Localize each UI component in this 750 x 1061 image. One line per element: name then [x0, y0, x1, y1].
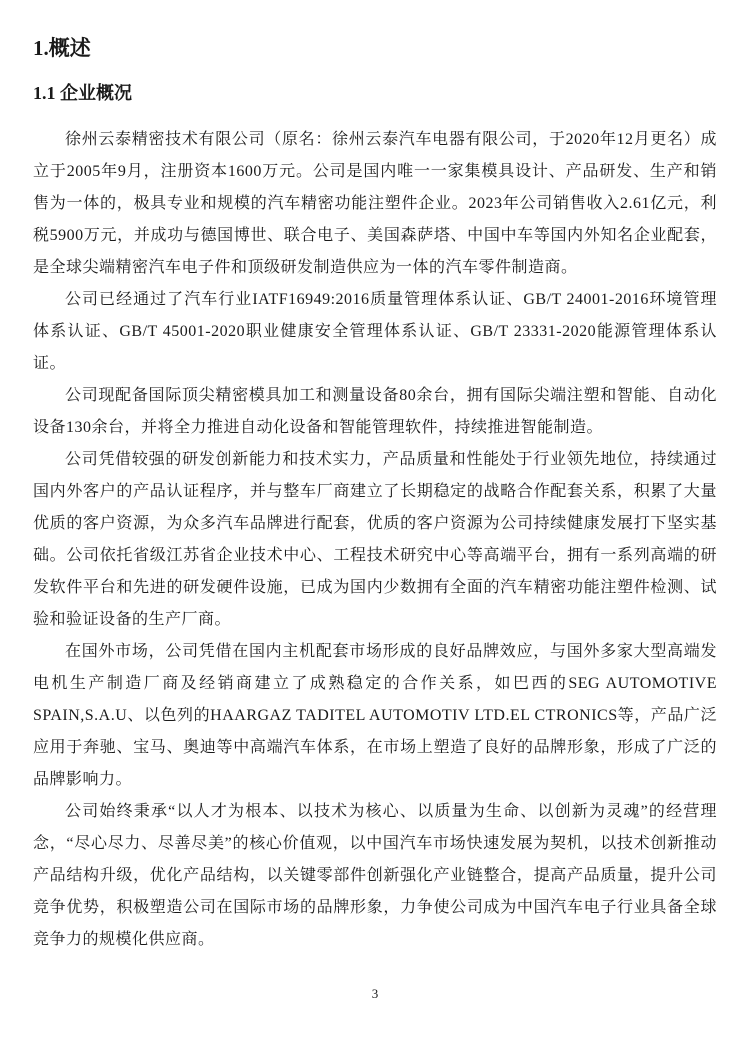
paragraph-company-intro: 徐州云泰精密技术有限公司（原名：徐州云泰汽车电器有限公司，于2020年12月更名… [33, 124, 717, 284]
paragraph-philosophy: 公司始终秉承“以人才为根本、以技术为核心、以质量为生命、以创新为灵魂”的经营理念… [33, 796, 717, 956]
document-page: 1.概述 1.1 企业概况 徐州云泰精密技术有限公司（原名：徐州云泰汽车电器有限… [0, 0, 750, 956]
paragraph-rd-strength: 公司凭借较强的研发创新能力和技术实力，产品质量和性能处于行业领先地位，持续通过国… [33, 444, 717, 636]
section-heading: 1.概述 [33, 36, 717, 60]
paragraph-certifications: 公司已经通过了汽车行业IATF16949:2016质量管理体系认证、GB/T 2… [33, 284, 717, 380]
paragraph-equipment: 公司现配备国际顶尖精密模具加工和测量设备80余台，拥有国际尖端注塑和智能、自动化… [33, 380, 717, 444]
subsection-heading: 1.1 企业概况 [33, 82, 717, 104]
page-number: 3 [0, 986, 750, 1002]
paragraph-overseas-market: 在国外市场，公司凭借在国内主机配套市场形成的良好品牌效应，与国外多家大型高端发电… [33, 636, 717, 796]
